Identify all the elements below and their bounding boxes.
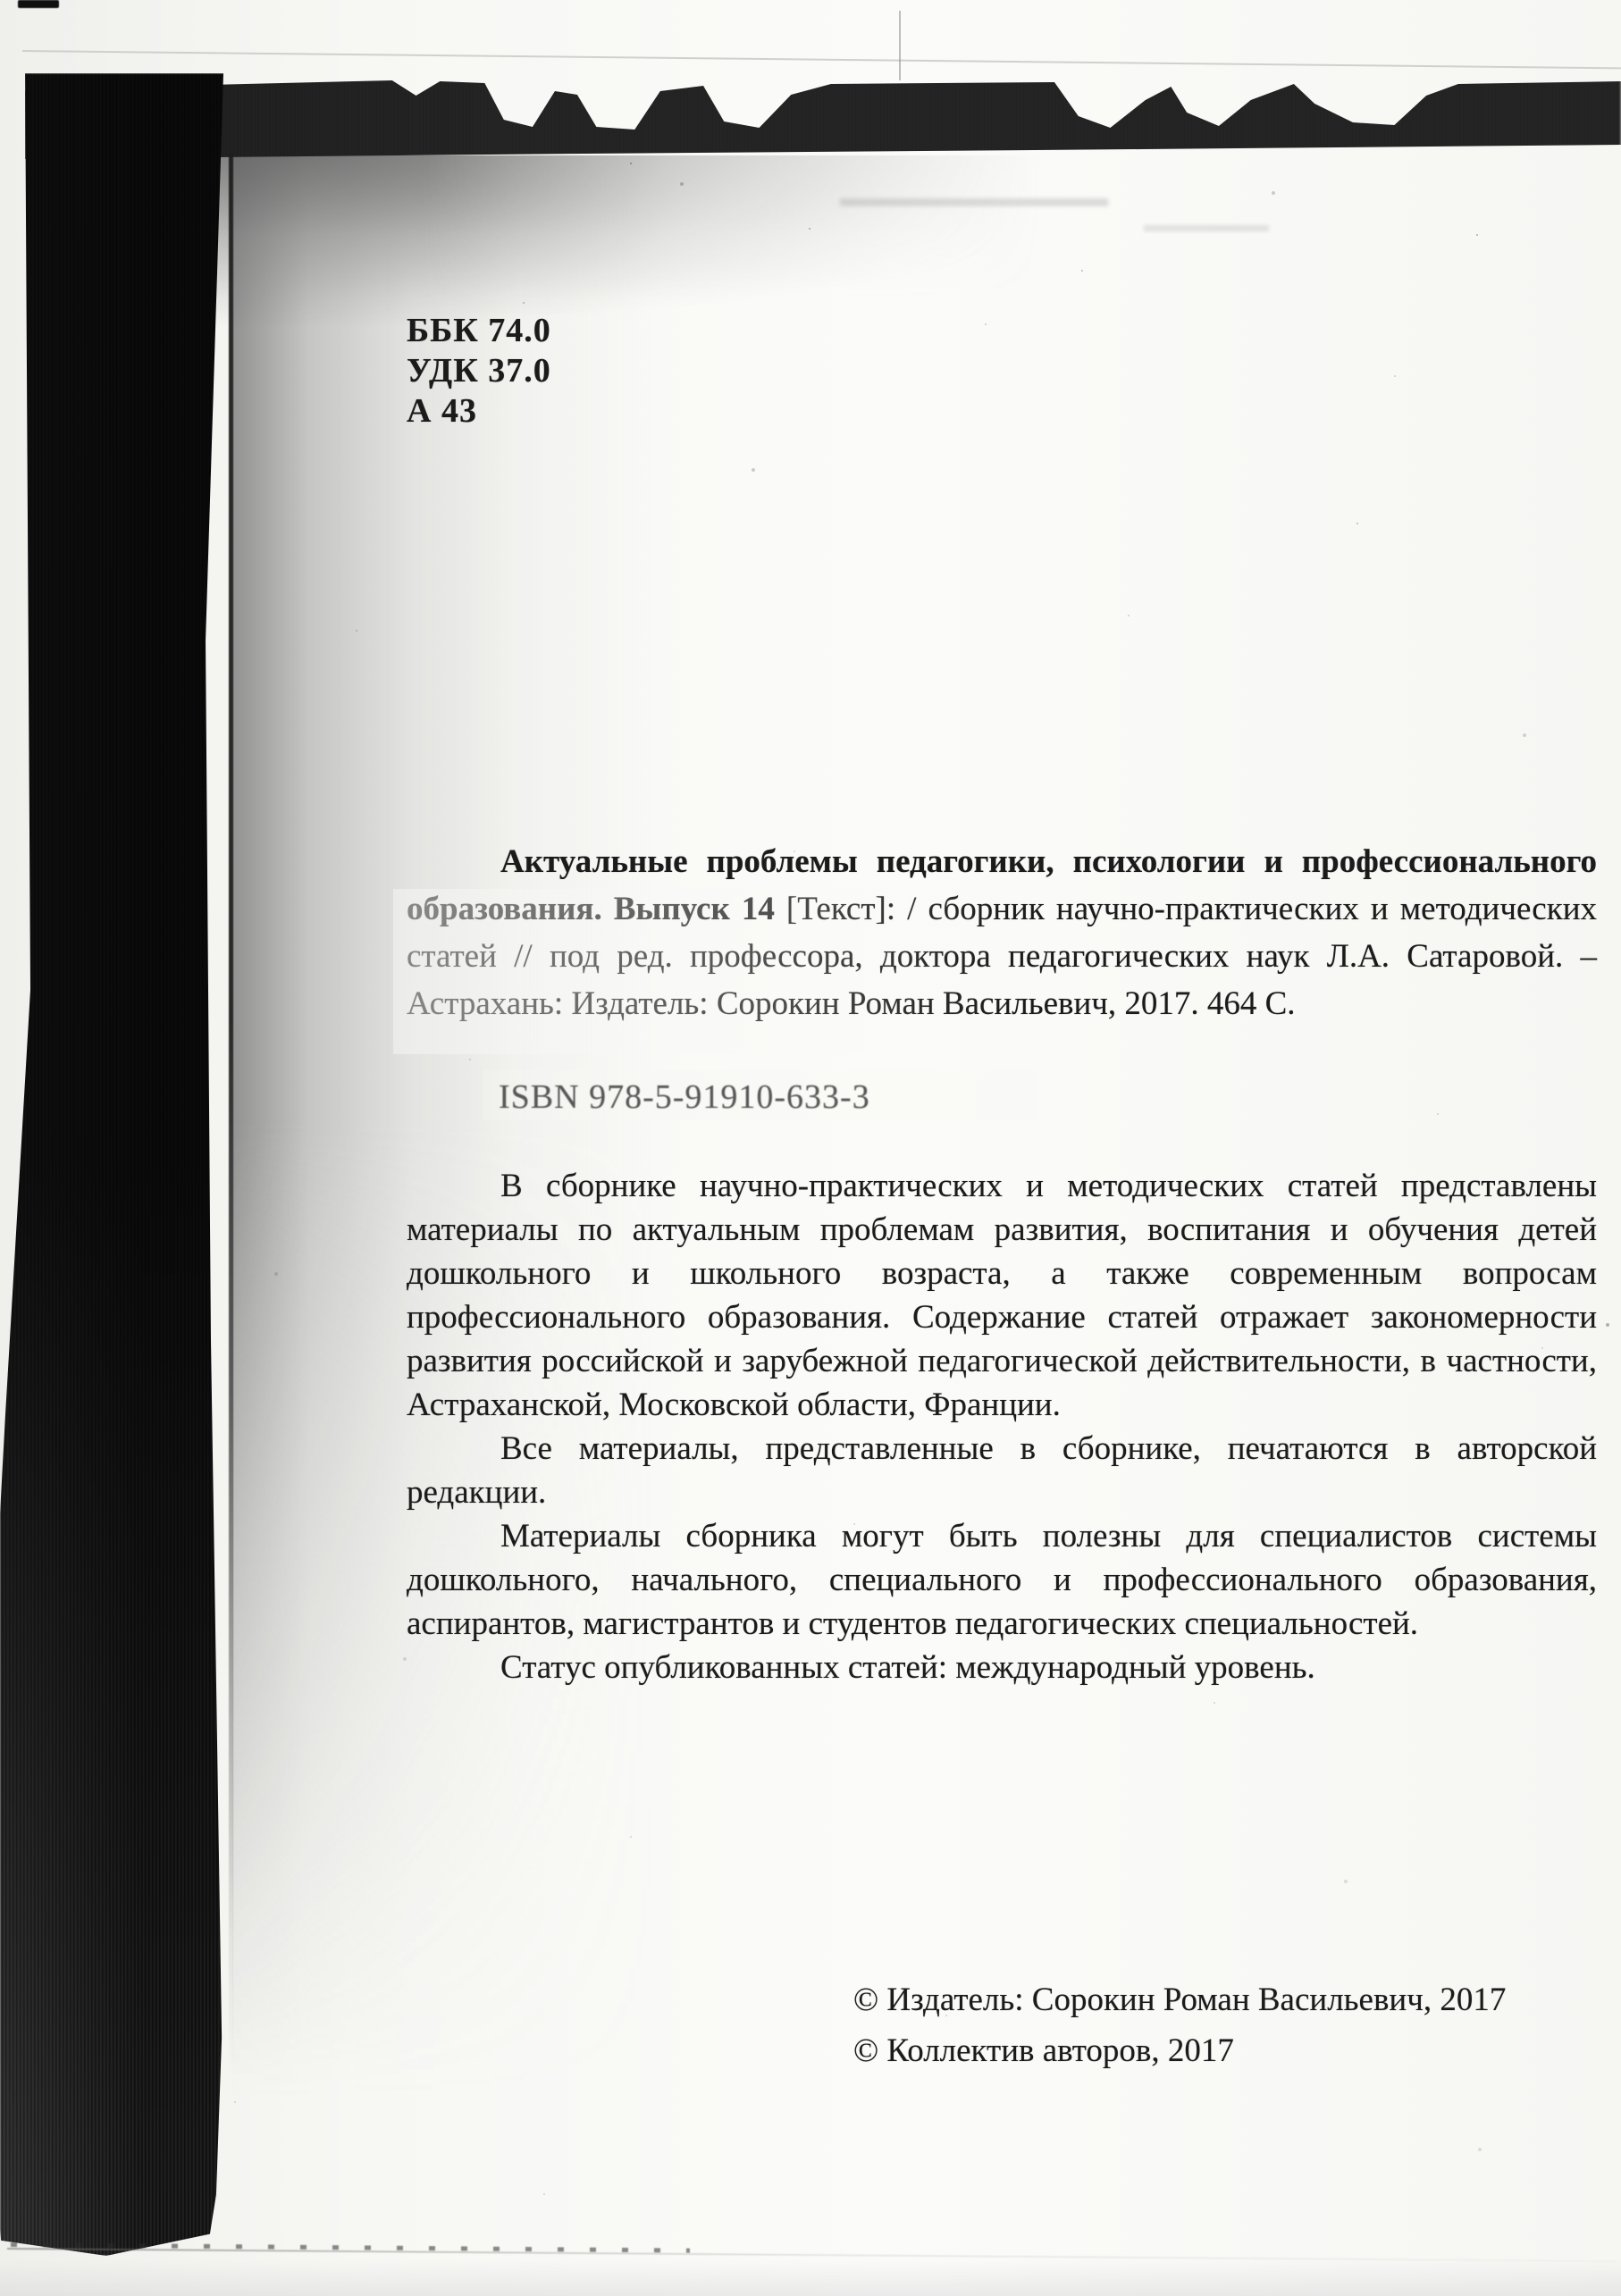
scan-underband-shadow — [207, 155, 1190, 334]
annotation-paragraph: Материалы сборника могут быть полезны дл… — [407, 1514, 1597, 1646]
annotation-paragraph: Статус опубликованных статей: международ… — [407, 1646, 1597, 1689]
scan-smudge — [1144, 225, 1269, 231]
paper-noise-speckles — [0, 0, 2, 2]
annotation-block: В сборнике научно-практических и методич… — [407, 1164, 1597, 1689]
copyright-block: © Издатель: Сорокин Роман Васильевич, 20… — [853, 1974, 1506, 2076]
page-bottom-speckles — [11, 2242, 690, 2253]
scan-vertical-artifact — [899, 11, 901, 80]
scan-gutter-band — [0, 73, 241, 2256]
copyright-publisher: © Издатель: Сорокин Роман Васильевич, 20… — [853, 1974, 1506, 2025]
page-bottom-edge-line — [7, 2248, 1616, 2262]
udk-code: УДК 37.0 — [407, 351, 551, 391]
scan-top-edge-band — [25, 73, 1621, 163]
scan-gutter-shadow — [232, 150, 661, 2098]
scan-smudge — [840, 198, 1108, 206]
scan-top-faint-line — [22, 50, 1621, 69]
bbk-code: ББК 74.0 — [407, 311, 551, 351]
author-sign-code: А 43 — [407, 391, 551, 432]
classification-block: ББК 74.0 УДК 37.0 А 43 — [407, 311, 551, 432]
annotation-paragraph: Все материалы, представленные в сборнике… — [407, 1427, 1597, 1514]
annotation-paragraph: В сборнике научно-практических и методич… — [407, 1164, 1597, 1427]
copyright-authors: © Коллектив авторов, 2017 — [853, 2025, 1506, 2076]
isbn-number: ISBN 978-5-91910-633-3 — [499, 1077, 870, 1117]
scanned-book-imprint-page: ББК 74.0 УДК 37.0 А 43 Актуальные пробле… — [0, 0, 1621, 2296]
page-crease-line — [229, 154, 233, 2074]
bibliographic-entry: Актуальные проблемы педагогики, психолог… — [407, 838, 1597, 1027]
scan-top-left-mark — [18, 0, 59, 8]
scan-bottom-strip — [0, 2258, 1621, 2296]
